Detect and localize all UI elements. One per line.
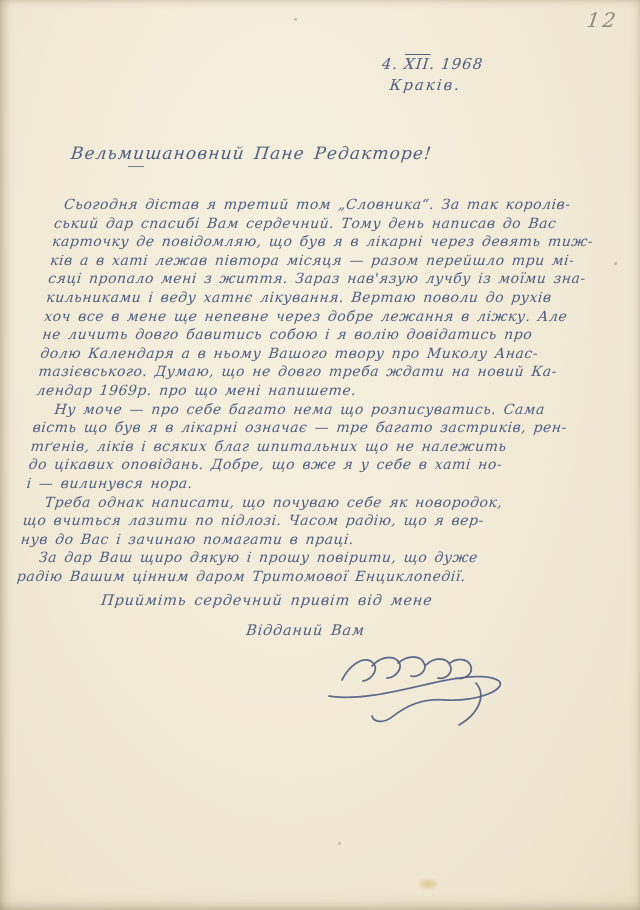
paper-speck [338, 842, 341, 845]
date-roman-month: XII [403, 55, 430, 73]
letter-line: Сьогодня дістав я третий том „Словника“.… [55, 196, 617, 215]
paper-stain [418, 878, 438, 890]
letter-line: що вчиться лазити по підлозі. Часом раді… [22, 512, 584, 531]
letter-line: і — вилинувся нора. [26, 475, 588, 494]
date-year: . 1968 [429, 55, 485, 73]
letter-line: лендар 1969р. про що мені напишете. [36, 382, 598, 401]
letter-line: вість що був я в лікарні означає — тре б… [32, 419, 594, 438]
date-line: 4. XII. 1968 [381, 54, 485, 75]
place-line: Краків. [379, 75, 483, 96]
salutation: Вельмишановний Пане Редакторе! [70, 144, 433, 164]
signature [326, 644, 512, 736]
letter-line: долю Календаря а в ньому Вашого твору пр… [39, 345, 601, 364]
salutation-underline-mark [128, 166, 144, 167]
letter-line: тґенів, ліків і всяких благ шпитальних щ… [30, 438, 592, 457]
paper-speck [294, 18, 297, 21]
letter-page: 12 4. XII. 1968 Краків. Вельмишановний П… [0, 0, 640, 910]
letter-line: карточку де повідомляю, що був я в лікар… [51, 233, 613, 252]
letter-line: радію Вашим цінним даром Тритомової Енци… [16, 568, 578, 587]
letter-line: ків а в хаті лежав півтора місяця — разо… [49, 252, 611, 271]
closing-line-regards: Прийміть сердечний привіт від мене [100, 593, 433, 609]
letter-body: Сьогодня дістав я третий том „Словника“.… [16, 196, 617, 586]
signature-flourish-icon [326, 644, 512, 736]
letter-line: кильниками і веду хатнє лікування. Верта… [45, 289, 607, 308]
letter-line: сяці пропало мені з життя. Зараз нав'язу… [47, 270, 609, 289]
letter-line: нув до Вас і зачинаю помагати в праці. [20, 531, 582, 550]
letter-line: За дар Ваш щиро дякую і прошу повірити, … [18, 549, 580, 568]
letter-line: до цікавих оповідань. Добре, що вже я у … [28, 456, 590, 475]
letter-line: Треба однак написати, що почуваю себе як… [24, 494, 586, 513]
letter-line: не личить довго бавитись собою і я волію… [41, 326, 603, 345]
closing-line-devoted: Відданий Вам [245, 623, 365, 639]
letter-line: Ну моче — про себе багато нема що розпис… [34, 401, 596, 420]
page-number: 12 [585, 8, 620, 32]
date-day: 4. [381, 55, 399, 73]
letter-line: ський дар спасибі Вам сердечний. Тому де… [53, 215, 615, 234]
letter-line: хоч все в мене ще непевне через добре ле… [43, 308, 605, 327]
date-block: 4. XII. 1968 Краків. [379, 54, 485, 96]
paper-speck [614, 262, 617, 265]
letter-line: тазієвського. Думаю, що не довго треба ж… [37, 363, 599, 382]
